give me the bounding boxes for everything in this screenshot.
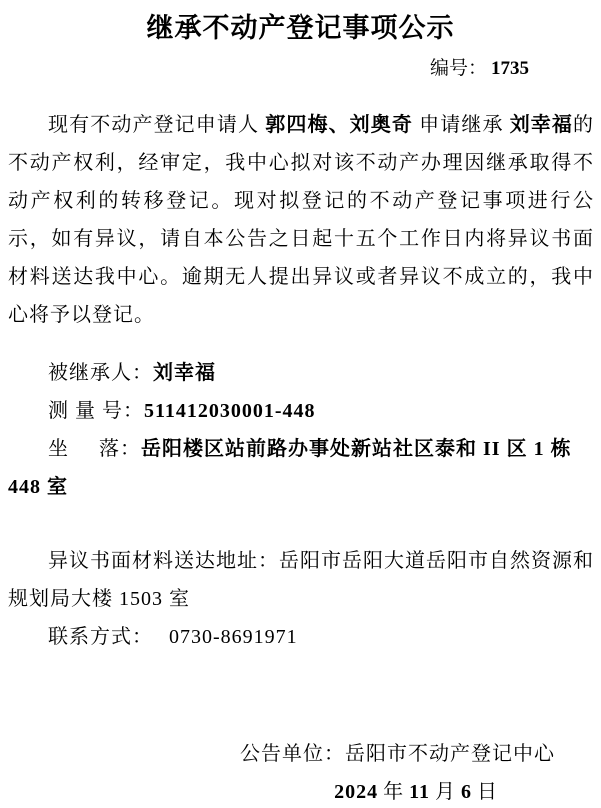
field-decedent-label: 被继承人： <box>48 362 153 384</box>
date-day: 6 <box>461 781 472 803</box>
issuing-unit-label: 公告单位： <box>240 743 345 765</box>
notice-document: 继承不动产登记事项公示 编号：1735 现有不动产登记申请人 郭四梅、刘奥奇 申… <box>0 0 601 808</box>
paragraph-lead: 现有不动产登记申请人 <box>48 114 265 136</box>
contact-line: 联系方式：0730-8691971 <box>8 618 594 656</box>
document-number-line: 编号：1735 <box>0 58 601 80</box>
issuing-unit-line: 公告单位：岳阳市不动产登记中心 <box>0 735 601 773</box>
document-number-label: 编号： <box>430 58 487 79</box>
date-month: 11 <box>409 781 430 803</box>
document-body: 现有不动产登记申请人 郭四梅、刘奥奇 申请继承 刘幸福的不动产权利，经审定，我中… <box>8 106 594 656</box>
contact-label: 联系方式： <box>48 626 153 648</box>
objection-address-label: 异议书面材料送达地址： <box>48 550 279 572</box>
applicants-names: 郭四梅、刘奥奇 <box>265 114 413 136</box>
document-footer: 公告单位：岳阳市不动产登记中心 2024年11月6日 <box>0 735 601 808</box>
page-title: 继承不动产登记事项公示 <box>0 12 601 44</box>
decedent-name-inline: 刘幸福 <box>510 114 573 136</box>
field-decedent-value: 刘幸福 <box>153 362 216 384</box>
issuing-unit-value: 岳阳市不动产登记中心 <box>345 743 555 765</box>
field-survey-number-label: 测 量 号： <box>48 400 144 422</box>
paragraph-mid: 申请继承 <box>413 114 510 136</box>
contact-phone-number: 0730-8691971 <box>169 626 298 648</box>
date-month-unit: 月 <box>430 781 461 803</box>
field-survey-number: 测 量 号：511412030001-448 <box>8 392 594 430</box>
paragraph-rest: 的不动产权利，经审定，我中心拟对该不动产办理因继承取得不动产权利的转移登记。现对… <box>8 114 594 326</box>
issue-date-line: 2024年11月6日 <box>0 773 601 808</box>
field-survey-number-value: 511412030001-448 <box>144 400 316 422</box>
field-location-label: 坐 落： <box>48 438 141 460</box>
main-paragraph: 现有不动产登记申请人 郭四梅、刘奥奇 申请继承 刘幸福的不动产权利，经审定，我中… <box>8 106 594 334</box>
date-year-unit: 年 <box>378 781 409 803</box>
document-number-value: 1735 <box>487 58 529 79</box>
date-year: 2024 <box>334 781 378 803</box>
field-location: 坐 落：岳阳楼区站前路办事处新站社区泰和 II 区 1 栋 448 室 <box>8 430 594 506</box>
date-day-unit: 日 <box>472 781 503 803</box>
objection-notice-block: 异议书面材料送达地址：岳阳市岳阳大道岳阳市自然资源和规划局大楼 1503 室 联… <box>8 542 594 656</box>
field-decedent: 被继承人：刘幸福 <box>8 354 594 392</box>
objection-address-line: 异议书面材料送达地址：岳阳市岳阳大道岳阳市自然资源和规划局大楼 1503 室 <box>8 542 594 618</box>
